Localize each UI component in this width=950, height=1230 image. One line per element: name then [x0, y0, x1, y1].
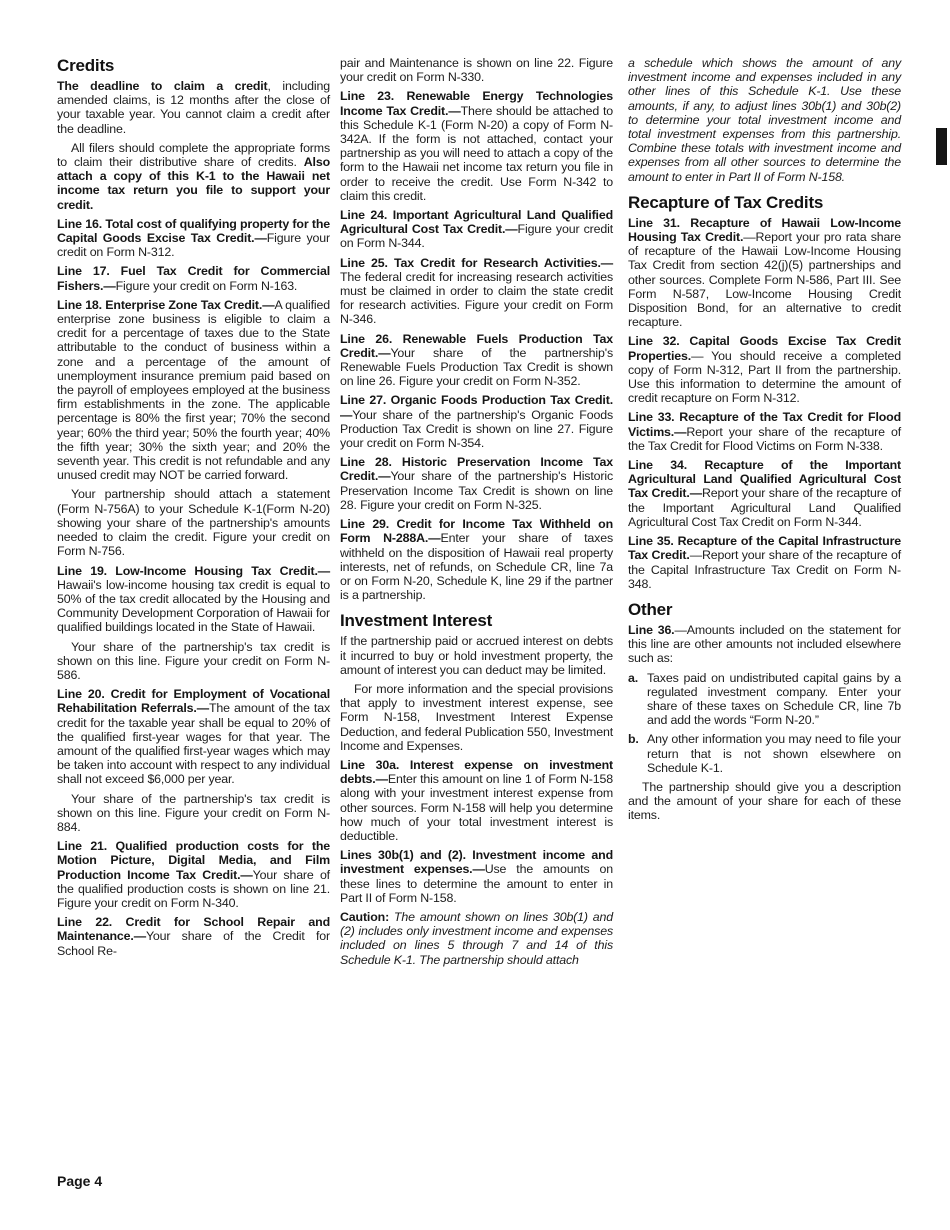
paragraph-lead: Line 25. Tax Credit for Research Activit… — [340, 256, 613, 270]
paragraph-line-27: Line 27. Organic Foods Production Tax Cr… — [340, 393, 613, 450]
paragraph-lead: Line 18. Enterprise Zone Tax Credit.— — [57, 298, 274, 312]
paragraph: The partnership should give you a descri… — [628, 780, 901, 823]
paragraph-text: Your share of the partnership's tax cred… — [57, 640, 330, 682]
paragraph-line-32: Line 32. Capital Goods Excise Tax Credit… — [628, 334, 901, 405]
paragraph-text: Figure your credit on Form N-163. — [116, 279, 298, 293]
paragraph-line-31: Line 31. Recapture of Hawaii Low-Income … — [628, 216, 901, 330]
paragraph: For more information and the special pro… — [340, 682, 613, 753]
paragraph-line-24: Line 24. Important Agricultural Land Qua… — [340, 208, 613, 251]
paragraph-line-22: Line 22. Credit for School Repair and Ma… — [57, 915, 330, 958]
paragraph: All filers should complete the appropria… — [57, 141, 330, 212]
paragraph-line-17: Line 17. Fuel Tax Credit for Commercial … — [57, 264, 330, 292]
section-heading-other: Other — [628, 600, 901, 619]
paragraph-text: Your share of the partnership's tax cred… — [57, 792, 330, 834]
paragraph-line-26: Line 26. Renewable Fuels Production Tax … — [340, 332, 613, 389]
paragraph-caution-continuation: a schedule which shows the amount of any… — [628, 56, 901, 184]
paragraph-line-34: Line 34. Recapture of the Important Agri… — [628, 458, 901, 529]
list-marker: a. — [628, 671, 638, 685]
paragraph-text: There should be attached to this Schedul… — [340, 104, 613, 203]
paragraph-line-36: Line 36.—Amounts included on the stateme… — [628, 623, 901, 666]
list-item-text: Taxes paid on undistributed capital gain… — [647, 671, 901, 728]
paragraph-line-30a: Line 30a. Interest expense on investment… — [340, 758, 613, 843]
paragraph-text: The partnership should give you a descri… — [628, 780, 901, 822]
paragraph-line-28: Line 28. Historic Preservation Income Ta… — [340, 455, 613, 512]
paragraph: Your share of the partnership's tax cred… — [57, 792, 330, 835]
paragraph-text: Your partnership should attach a stateme… — [57, 487, 330, 558]
paragraph-caution: Caution: The amount shown on lines 30b(1… — [340, 910, 613, 967]
column-1: Credits The deadline to claim a credit, … — [57, 56, 330, 972]
paragraph-text: A qualified enterprise zone business is … — [57, 298, 330, 482]
edge-registration-mark — [936, 128, 947, 165]
column-2: pair and Maintenance is shown on line 22… — [340, 56, 613, 972]
list-item-a: a.Taxes paid on undistributed capital ga… — [628, 671, 901, 728]
paragraph-lead: The deadline to claim a credit — [57, 79, 268, 93]
paragraph-line-21: Line 21. Qualified production costs for … — [57, 839, 330, 910]
paragraph-text: Hawaii's low-income housing tax credit i… — [57, 578, 330, 635]
paragraph: Your partnership should attach a stateme… — [57, 487, 330, 558]
paragraph: The deadline to claim a credit, includin… — [57, 79, 330, 136]
paragraph-line-23: Line 23. Renewable Energy Technologies I… — [340, 89, 613, 203]
list-item-b: b.Any other information you may need to … — [628, 732, 901, 775]
paragraph-line-19: Line 19. Low-Income Housing Tax Credit.—… — [57, 564, 330, 635]
paragraph-text: pair and Maintenance is shown on line 22… — [340, 56, 613, 84]
section-heading-credits: Credits — [57, 56, 330, 75]
paragraph-lead: Line 36. — [628, 623, 674, 637]
paragraph-text: All filers should complete the appropria… — [57, 141, 330, 169]
paragraph-line-33: Line 33. Recapture of the Tax Credit for… — [628, 410, 901, 453]
list-marker: b. — [628, 732, 639, 746]
paragraph-text: Your share of the partnership's Organic … — [340, 408, 613, 450]
paragraph-lead: Caution: — [340, 910, 389, 924]
paragraph: Your share of the partnership's tax cred… — [57, 640, 330, 683]
section-heading-recapture: Recapture of Tax Credits — [628, 193, 901, 212]
paragraph-line-35: Line 35. Recapture of the Capital Infras… — [628, 534, 901, 591]
paragraph-continuation: pair and Maintenance is shown on line 22… — [340, 56, 613, 84]
paragraph-line-25: Line 25. Tax Credit for Research Activit… — [340, 256, 613, 327]
column-3: a schedule which shows the amount of any… — [628, 56, 901, 972]
paragraph-line-20: Line 20. Credit for Employment of Vocati… — [57, 687, 330, 786]
paragraph-text: If the partnership paid or accrued inter… — [340, 634, 613, 676]
paragraph-line-29: Line 29. Credit for Income Tax Withheld … — [340, 517, 613, 602]
text-columns: Credits The deadline to claim a credit, … — [57, 56, 901, 972]
paragraph-text: For more information and the special pro… — [340, 682, 613, 753]
page-footer: Page 4 — [57, 1173, 102, 1189]
paragraph-lead: Line 19. Low-Income Housing Tax Credit.— — [57, 564, 330, 578]
page-number: Page 4 — [57, 1173, 102, 1189]
list-item-text: Any other information you may need to fi… — [647, 732, 901, 774]
paragraph-line-18: Line 18. Enterprise Zone Tax Credit.—A q… — [57, 298, 330, 483]
paragraph-lines-30b: Lines 30b(1) and (2). Investment income … — [340, 848, 613, 905]
paragraph-text: —Report your pro rata share of recapture… — [628, 230, 901, 329]
paragraph-text: The federal credit for increasing resear… — [340, 270, 613, 327]
section-heading-investment-interest: Investment Interest — [340, 611, 613, 630]
document-page: Credits The deadline to claim a credit, … — [0, 0, 950, 1230]
paragraph-text: a schedule which shows the amount of any… — [628, 56, 901, 184]
paragraph-line-16: Line 16. Total cost of qualifying proper… — [57, 217, 330, 260]
paragraph: If the partnership paid or accrued inter… — [340, 634, 613, 677]
